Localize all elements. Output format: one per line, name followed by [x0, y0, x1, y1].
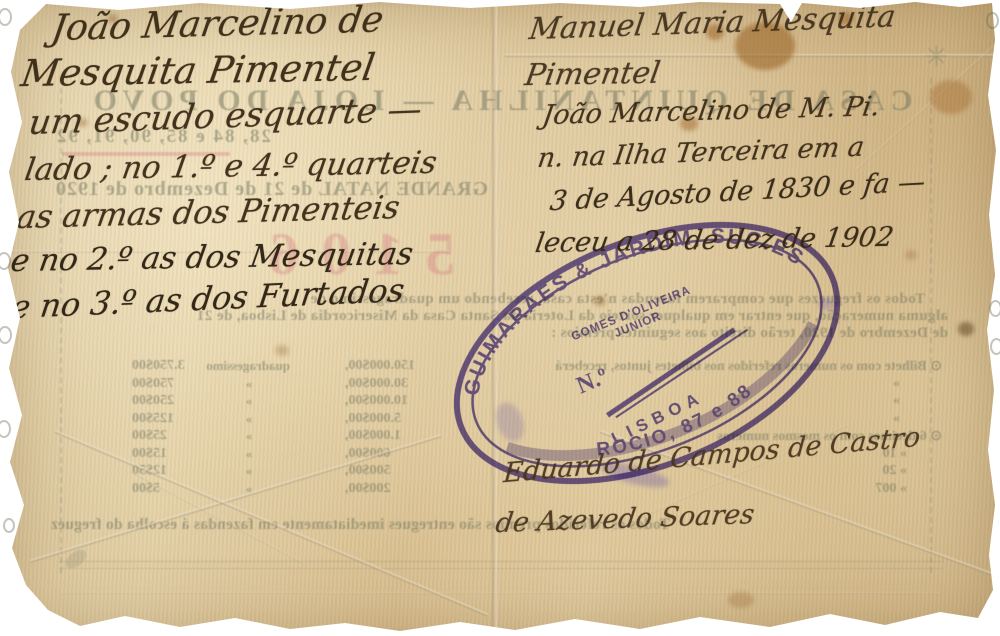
- ghost-cell-label: »: [893, 376, 942, 392]
- stain: [275, 345, 289, 356]
- aged-paper: CASA DE QUINTANILHA — LOJA DO POVO 28, 8…: [0, 0, 1000, 636]
- ghost-cell-amount2: 125$00: [132, 411, 232, 427]
- ghost-cell-amount2: 250$00: [132, 393, 232, 409]
- ghost-cell-amount2: 15$00: [132, 446, 232, 462]
- edge-mark: [0, 8, 12, 26]
- ghost-cell-label: » 20: [883, 463, 943, 479]
- handwriting-left-line-2: Mesquita Pimentel: [18, 46, 378, 95]
- crease: [866, 0, 869, 250]
- edge-mark: [0, 326, 12, 344]
- ghost-ornament-asterisk: ✳: [925, 40, 948, 74]
- edge-mark: [990, 338, 1000, 355]
- stain: [905, 250, 917, 260]
- ghost-cell-label: » 007: [876, 481, 943, 497]
- edge-mark: [986, 12, 999, 29]
- handwriting-right-line-6: leceu a 28 de dez de 1902: [533, 222, 896, 259]
- stain: [728, 592, 754, 608]
- stamp-number-label: N.º: [573, 364, 612, 400]
- ghost-cell-label: »: [893, 393, 942, 409]
- ghost-cell-amount2: 3.750$00: [132, 358, 232, 374]
- stain: [930, 80, 972, 114]
- photo-of-document: CASA DE QUINTANILHA — LOJA DO POVO 28, 8…: [0, 0, 1000, 636]
- edge-mark: [989, 300, 1000, 317]
- ghost-border-line-left: [930, 78, 932, 573]
- handwriting-left-line-4: lado ; no 1.º e 4.º quarteis: [22, 145, 439, 188]
- handwriting-right-line-2: Pimentel: [522, 56, 662, 93]
- ghost-cell-amount2: 750$00: [132, 376, 232, 392]
- edge-mark: [0, 420, 11, 438]
- ghost-cell-amount2: 25$00: [132, 428, 232, 444]
- edge-mark: [3, 518, 15, 533]
- ghost-bottom-rule: [59, 561, 943, 569]
- crease: [60, 592, 940, 594]
- stamp-proprietor-text: GOMES D'OLIVEIRA: [570, 285, 693, 344]
- stain: [958, 322, 974, 336]
